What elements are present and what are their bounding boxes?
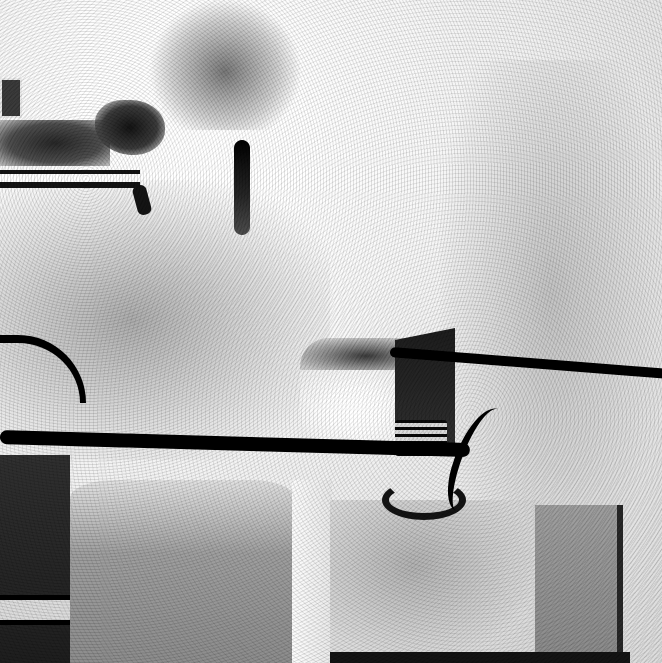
photograph — [0, 0, 662, 663]
film-grain — [0, 0, 662, 663]
